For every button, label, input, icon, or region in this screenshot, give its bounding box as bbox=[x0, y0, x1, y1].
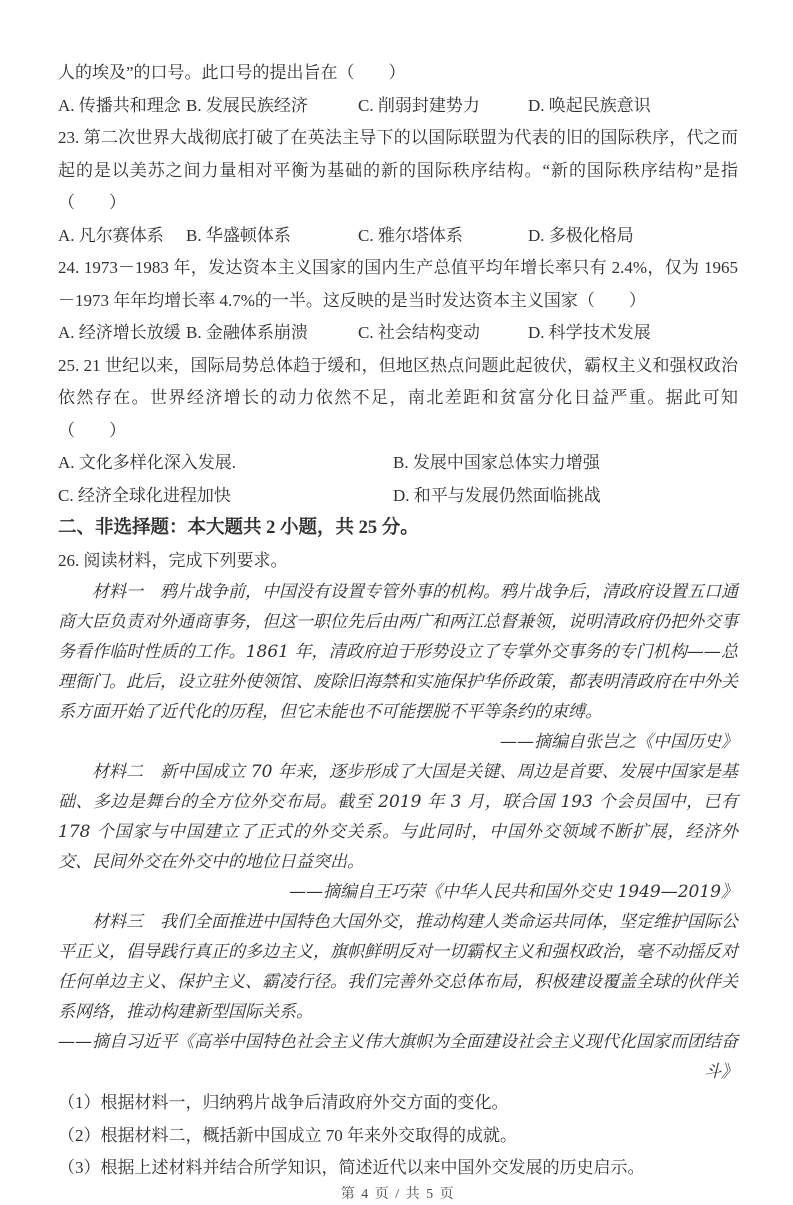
question-23-options-row: A. 凡尔赛体系 B. 华盛顿体系 C. 雅尔塔体系 D. 多极化格局 bbox=[58, 220, 738, 253]
question-24-option-c: C. 社会结构变动 bbox=[358, 317, 528, 350]
question-24-option-b: B. 金融体系崩溃 bbox=[186, 317, 358, 350]
question-25-options-row-2: C. 经济全球化进程加快 D. 和平与发展仍然面临挑战 bbox=[58, 480, 738, 513]
question-24-stem: 24. 1973－1983 年，发达资本主义国家的国内生产总值平均年增长率只有 … bbox=[58, 252, 738, 317]
question-26-intro: 26. 阅读材料，完成下列要求。 bbox=[58, 545, 738, 578]
question-26-subquestion-2: （2）根据材料二，概括新中国成立 70 年来外交取得的成就。 bbox=[58, 1120, 738, 1153]
question-26-subquestion-3: （3）根据上述材料并结合所学知识，简述近代以来中国外交发展的历史启示。 bbox=[58, 1152, 738, 1185]
material-1-paragraph: 材料一 鸦片战争前，中国没有设置专管外事的机构。鸦片战争后，清政府设置五口通商大… bbox=[58, 577, 738, 727]
question-23-option-a: A. 凡尔赛体系 bbox=[58, 220, 186, 253]
exam-page: 人的埃及”的口号。此口号的提出旨在（ ） A. 传播共和理念 B. 发展民族经济… bbox=[0, 0, 793, 1122]
material-1-source: ——摘编自张岂之《中国历史》 bbox=[58, 727, 738, 757]
question-23-option-d: D. 多极化格局 bbox=[528, 220, 738, 253]
question-23-stem: 23. 第二次世界大战彻底打破了在英法主导下的以国际联盟为代表的旧的国际秩序，代… bbox=[58, 122, 738, 220]
section-2-heading: 二、非选择题：本大题共 2 小题，共 25 分。 bbox=[58, 512, 738, 545]
page-footer: 第 4 页 / 共 5 页 bbox=[58, 1185, 738, 1205]
question-24-option-d: D. 科学技术发展 bbox=[528, 317, 738, 350]
question-25-option-c: C. 经济全球化进程加快 bbox=[58, 480, 393, 513]
question-23-option-c: C. 雅尔塔体系 bbox=[358, 220, 528, 253]
question-22-stem-continuation: 人的埃及”的口号。此口号的提出旨在（ ） bbox=[58, 57, 738, 90]
question-22-option-d: D. 唤起民族意识 bbox=[528, 90, 738, 123]
question-25-options-row-1: A. 文化多样化深入发展. B. 发展中国家总体实力增强 bbox=[58, 447, 738, 480]
question-24-option-a: A. 经济增长放缓 bbox=[58, 317, 186, 350]
question-26-subquestion-1: （1）根据材料一，归纳鸦片战争后清政府外交方面的变化。 bbox=[58, 1087, 738, 1120]
question-25-stem: 25. 21 世纪以来，国际局势总体趋于缓和，但地区热点问题此起彼伏，霸权主义和… bbox=[58, 350, 738, 448]
material-2-paragraph: 材料二 新中国成立 70 年来，逐步形成了大国是关键、周边是首要、发展中国家是基… bbox=[58, 757, 738, 877]
material-3-paragraph: 材料三 我们全面推进中国特色大国外交，推动构建人类命运共同体，坚定维护国际公平正… bbox=[58, 907, 738, 1027]
question-25-option-b: B. 发展中国家总体实力增强 bbox=[393, 447, 738, 480]
question-22-options-row: A. 传播共和理念 B. 发展民族经济 C. 削弱封建势力 D. 唤起民族意识 bbox=[58, 90, 738, 123]
material-2-source: ——摘编自王巧荣《中华人民共和国外交史 1949—2019》 bbox=[58, 877, 738, 907]
question-25-option-d: D. 和平与发展仍然面临挑战 bbox=[393, 480, 738, 513]
question-24-options-row: A. 经济增长放缓 B. 金融体系崩溃 C. 社会结构变动 D. 科学技术发展 bbox=[58, 317, 738, 350]
material-3-source: ——摘自习近平《高举中国特色社会主义伟大旗帜为全面建设社会主义现代化国家而团结奋… bbox=[58, 1027, 738, 1087]
question-25-option-a: A. 文化多样化深入发展. bbox=[58, 447, 393, 480]
question-22-option-c: C. 削弱封建势力 bbox=[358, 90, 528, 123]
question-23-option-b: B. 华盛顿体系 bbox=[186, 220, 358, 253]
question-22-option-a: A. 传播共和理念 bbox=[58, 90, 186, 123]
question-22-option-b: B. 发展民族经济 bbox=[186, 90, 358, 123]
